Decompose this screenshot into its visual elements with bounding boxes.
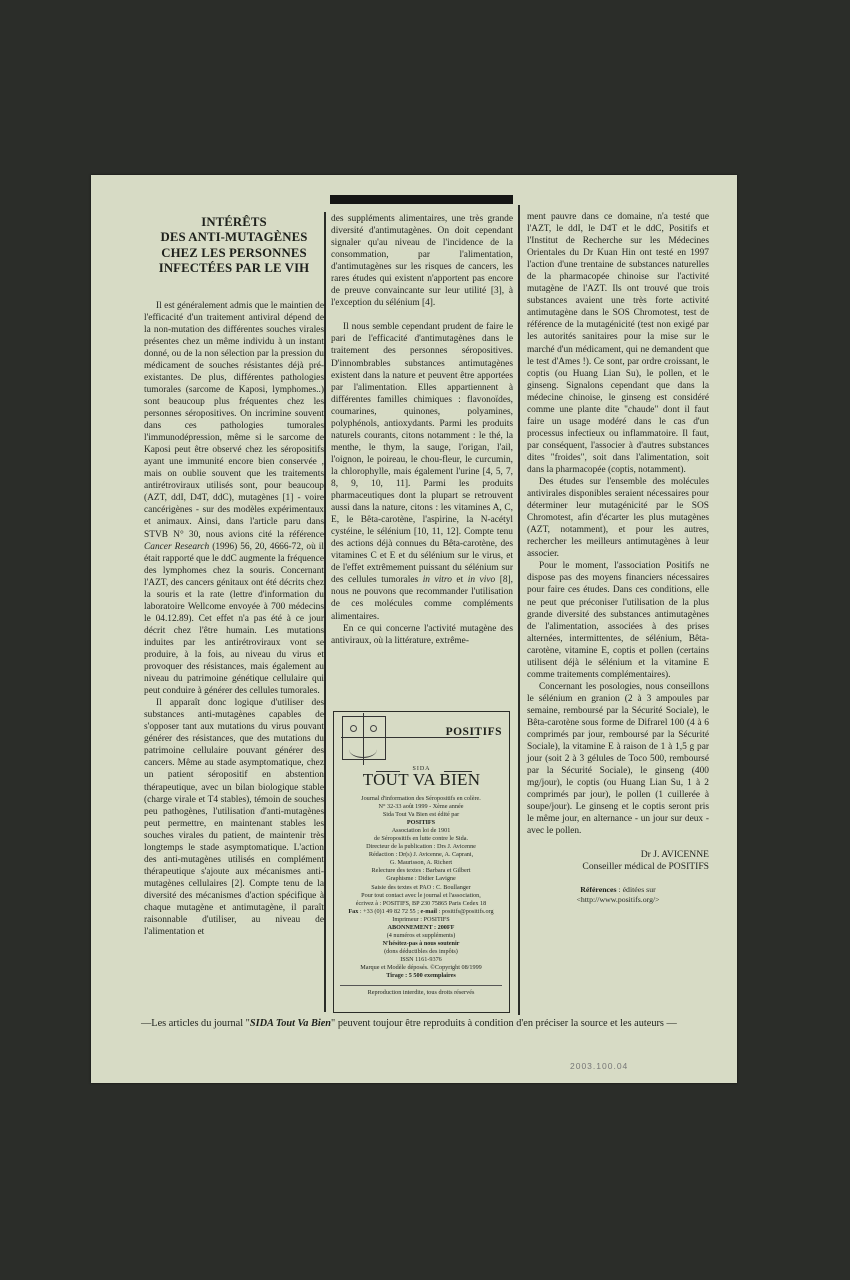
info-line: Imprimeur : POSITIFS [336, 916, 506, 924]
text-italic: in vivo [468, 575, 495, 585]
info-line: Journal d'information des Séropositifs e… [336, 795, 506, 803]
info-line: Sida Tout Va Bien est édité par [336, 811, 506, 819]
text: et [456, 575, 463, 585]
footer-journal: SIDA Tout Va Bien [250, 1018, 331, 1029]
info-line: Graphisme : Didier Lavigne [336, 875, 506, 883]
info-line: de Séropositifs en lutte contre le Sida. [336, 835, 506, 843]
article-title: INTÉRÊTS DES ANTI-MUTAGÈNES CHEZ LES PER… [144, 215, 324, 277]
info-line: G. Maurisson, A. Richert [336, 859, 506, 867]
paragraph: Concernant les posologies, nous conseill… [527, 681, 709, 838]
text: Il est généralement admis que le maintie… [144, 301, 324, 540]
author-role: Conseiller médical de POSITIFS [527, 861, 709, 873]
title-line: DES ANTI-MUTAGÈNES [144, 230, 324, 245]
info-line: N° 32-33 août 1999 - Xème année [336, 803, 506, 811]
info-line: Saisie des textes et PAO : C. Boullanger [336, 884, 506, 892]
info-line: Pour tout contact avec le journal et l'a… [336, 892, 506, 900]
positifs-logo-icon [342, 716, 386, 760]
rights-notice: Reproduction interdite, tous droits rése… [336, 989, 506, 997]
email-label: e-mail [420, 908, 437, 915]
column-rule-1 [324, 212, 326, 1012]
info-line: (dons déductibles des impôts) [336, 948, 506, 956]
info-line: Rédaction : Dr(s) J. Avicenne, A. Capran… [336, 851, 506, 859]
column-2: des suppléments alimentaires, une très g… [331, 213, 513, 647]
citation-italic: Cancer Research [144, 542, 209, 552]
copyright: Marque et Modèle déposés. ©Copyright 08/… [336, 964, 506, 972]
column-rule-2 [518, 205, 520, 1015]
title-line: INTÉRÊTS [144, 215, 324, 230]
footer-notice: —Les articles du journal "SIDA Tout Va B… [141, 1018, 711, 1029]
text-italic: in vitro [423, 575, 452, 585]
publisher: POSITIFS [336, 819, 506, 827]
logo-eye-icon [370, 725, 377, 732]
title-line: CHEZ LES PERSONNES [144, 246, 324, 261]
paragraph: des suppléments alimentaires, une très g… [331, 213, 513, 309]
signature: Dr J. AVICENNE Conseiller médical de POS… [527, 849, 709, 873]
decorative-bar [330, 195, 513, 204]
info-line: écrivez à : POSITIFS, BP 230 75865 Paris… [336, 900, 506, 908]
journal-title: TOUT VA BIEN [334, 770, 509, 790]
paragraph: Des études sur l'ensemble des molécules … [527, 476, 709, 560]
references-label: Références [580, 885, 616, 894]
info-line: (4 numéros et suppléments) [336, 932, 506, 940]
masthead-info: Journal d'information des Séropositifs e… [336, 795, 506, 997]
paragraph: Pour le moment, l'association Positifs n… [527, 560, 709, 680]
fax-label: Fax [348, 908, 358, 915]
paragraph: En ce qui concerne l'activité mutagène d… [331, 623, 513, 647]
footer-text: " peuvent toujour être reproduits à cond… [331, 1018, 677, 1029]
divider [340, 985, 502, 986]
footer-text: —Les articles du journal " [141, 1018, 250, 1029]
column-3: ment pauvre dans ce domaine, n'a testé q… [527, 211, 709, 905]
info-line: Directeur de la publication : Drs J. Avi… [336, 843, 506, 851]
masthead-box: POSITIFS SIDA TOUT VA BIEN Journal d'inf… [333, 711, 510, 1013]
logo-eye-icon [350, 725, 357, 732]
contact-line: Fax : +33 (0)1 49 82 72 55 ; e-mail : po… [336, 908, 506, 916]
text: Il nous semble cependant prudent de fair… [331, 322, 513, 585]
subscription: ABONNEMENT : 200FF [336, 924, 506, 932]
references-text: : éditées sur [618, 885, 655, 894]
paragraph: ment pauvre dans ce domaine, n'a testé q… [527, 211, 709, 476]
support-line: N'hésitez-pas à nous soutenir [336, 940, 506, 948]
references-url[interactable]: <http://www.positifs.org/> [527, 895, 709, 905]
column-1: INTÉRÊTS DES ANTI-MUTAGÈNES CHEZ LES PER… [144, 215, 324, 938]
paragraph: Il est généralement admis que le maintie… [144, 300, 324, 698]
print-run: Tirage : 5 500 exemplaires [336, 972, 506, 980]
text: (1996) 56, 20, 4666-72, où il était rapp… [144, 542, 324, 697]
fax-number: : +33 (0)1 49 82 72 55 ; [360, 908, 419, 915]
org-name: POSITIFS [446, 726, 502, 738]
catalog-number: 2003.100.04 [570, 1061, 628, 1071]
author-name: Dr J. AVICENNE [527, 849, 709, 861]
references: Références : éditées sur <http://www.pos… [527, 885, 709, 905]
paragraph: Il nous semble cependant prudent de fair… [331, 321, 513, 622]
paragraph: Il apparaît donc logique d'utiliser des … [144, 697, 324, 938]
issn: ISSN 1161-9376 [336, 956, 506, 964]
title-line: INFECTÉES PAR LE VIH [144, 261, 324, 276]
info-line: Relecture des textes : Barbara et Gilber… [336, 867, 506, 875]
info-line: Association loi de 1901 [336, 827, 506, 835]
email-link[interactable]: : positifs@positifs.org [439, 908, 494, 915]
logo-vertical-line [363, 713, 364, 765]
